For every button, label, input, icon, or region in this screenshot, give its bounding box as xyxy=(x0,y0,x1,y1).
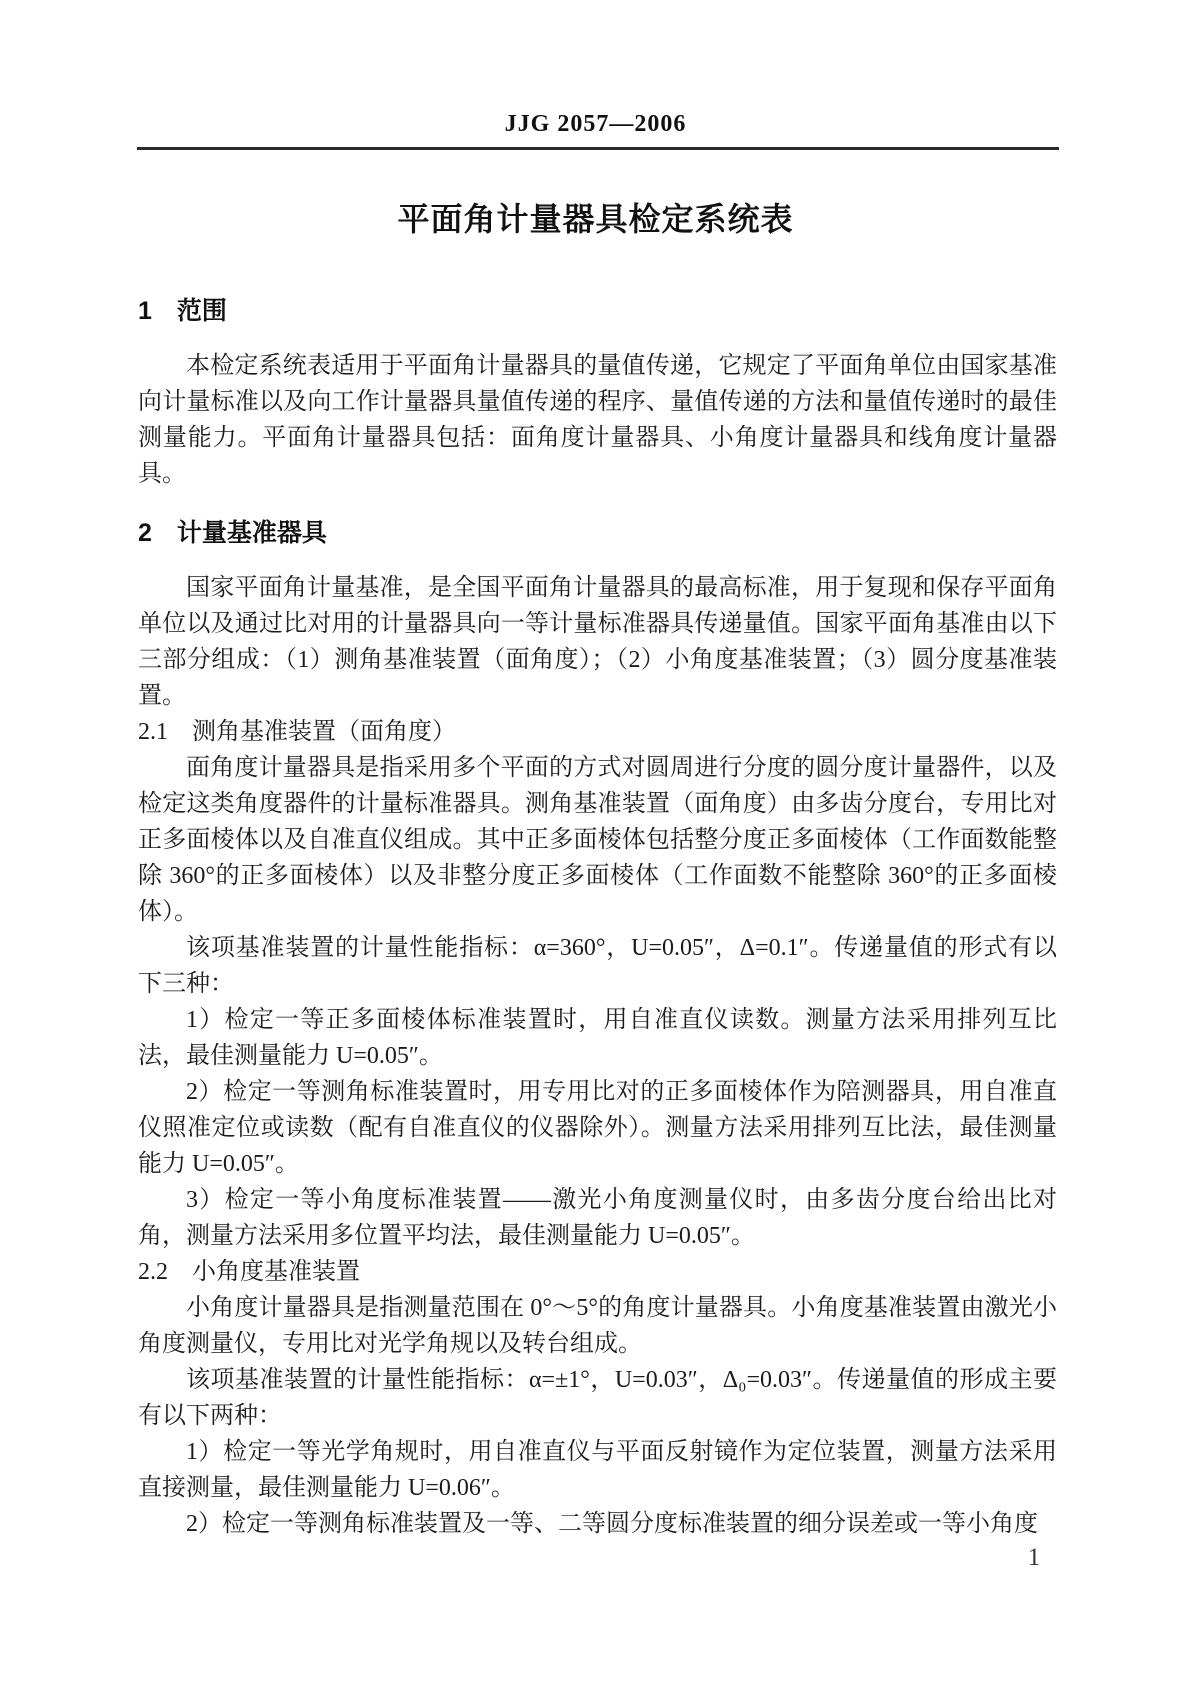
header-divider-rule xyxy=(137,147,1059,150)
paragraph-scope: 本检定系统表适用于平面角计量器具的量值传递，它规定了平面角单位由国家基准向计量标… xyxy=(138,348,1057,492)
document-code-header: JJG 2057—2006 xyxy=(0,110,1191,138)
paragraph-small-angle-devices: 小角度计量器具是指测量范围在 0°～5°的角度计量器具。小角度基准装置由激光小角… xyxy=(138,1290,1057,1362)
paragraph-2-1-item-3: 3）检定一等小角度标准装置——激光小角度测量仪时，由多齿分度台给出比对角，测量方… xyxy=(138,1182,1057,1254)
document-body: 1 范围 本检定系统表适用于平面角计量器具的量值传递，它规定了平面角单位由国家基… xyxy=(138,298,1057,1542)
paragraph-face-angle-devices: 面角度计量器具是指采用多个平面的方式对圆周进行分度的圆分度计量器件，以及检定这类… xyxy=(138,750,1057,930)
document-page: JJG 2057—2006 平面角计量器具检定系统表 1 范围 本检定系统表适用… xyxy=(0,0,1191,1684)
sub-heading-2-1: 2.1 测角基准装置（面角度） xyxy=(138,714,1057,750)
sub-heading-2-2: 2.2 小角度基准装置 xyxy=(138,1254,1057,1290)
paragraph-national-standard: 国家平面角计量基准，是全国平面角计量器具的最高标准，用于复现和保存平面角单位以及… xyxy=(138,570,1057,714)
page-number: 1 xyxy=(1014,1543,1054,1573)
paragraph-2-1-item-1: 1）检定一等正多面棱体标准装置时，用自准直仪读数。测量方法采用排列互比法，最佳测… xyxy=(138,1002,1057,1074)
paragraph-2-2-performance-index: 该项基准装置的计量性能指标：α=±1°，U=0.03″，Δ₀=0.03″。传递量… xyxy=(138,1362,1057,1434)
section-heading-primary-standards: 2 计量基准器具 xyxy=(138,520,1057,546)
paragraph-2-1-item-2: 2）检定一等测角标准装置时，用专用比对的正多面棱体作为陪测器具，用自准直仪照准定… xyxy=(138,1074,1057,1182)
paragraph-2-2-item-2: 2）检定一等测角标准装置及一等、二等圆分度标准装置的细分误差或一等小角度 xyxy=(138,1506,1057,1542)
section-heading-scope: 1 范围 xyxy=(138,298,1057,324)
document-title: 平面角计量器具检定系统表 xyxy=(0,200,1191,238)
paragraph-2-1-performance-index: 该项基准装置的计量性能指标：α=360°，U=0.05″，Δ=0.1″。传递量值… xyxy=(138,930,1057,1002)
paragraph-2-2-item-1: 1）检定一等光学角规时，用自准直仪与平面反射镜作为定位装置，测量方法采用直接测量… xyxy=(138,1434,1057,1506)
